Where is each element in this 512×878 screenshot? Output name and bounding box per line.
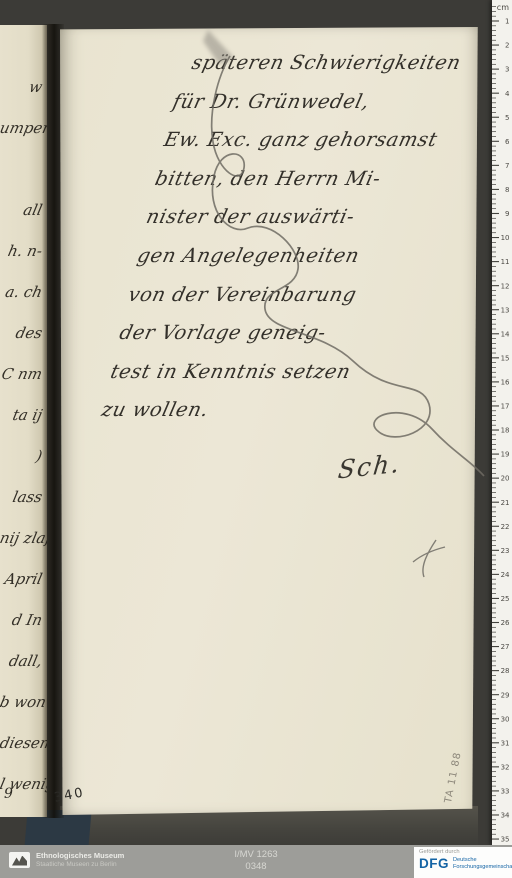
ruler-number: 21 <box>501 499 510 507</box>
left-page-text-fragment: a. ch <box>0 272 47 313</box>
ruler-number: 20 <box>501 475 510 483</box>
ruler-number: 10 <box>501 234 510 242</box>
left-page-number-fragment: 9 <box>4 786 13 802</box>
left-page-text-fragment: dall, <box>0 641 47 682</box>
ruler-number: 9 <box>505 210 509 218</box>
ruler-number: 5 <box>505 114 509 122</box>
dfg-name-line1: Deutsche <box>453 857 477 863</box>
left-page-text-fragment: b won <box>0 682 47 723</box>
scale-ruler: 1234567891011121314151617181920212223242… <box>492 0 512 845</box>
ruler-number: 33 <box>501 788 510 796</box>
ruler-ticks: 1234567891011121314151617181920212223242… <box>492 0 512 845</box>
ruler-number: 16 <box>501 379 510 387</box>
ruler-number: 13 <box>501 306 510 314</box>
ruler-number: 12 <box>501 282 510 290</box>
left-page-text-fragment: ) <box>0 436 47 477</box>
left-page-text-fragment: all <box>0 190 47 231</box>
manuscript-line: test in Kenntnis setzen <box>106 353 393 392</box>
ruler-number: 4 <box>505 90 510 98</box>
manuscript-line: zu wollen. <box>97 391 384 430</box>
ruler-number: 6 <box>505 138 510 146</box>
dfg-logo: DFG Deutsche Forschungsgemeinschaft <box>419 856 512 871</box>
left-page-text-fragment: C nm <box>0 354 47 395</box>
ruler-number: 35 <box>501 836 510 844</box>
left-page-text-fragment: h. n- <box>0 231 47 272</box>
ruler-number: 29 <box>501 691 510 699</box>
manuscript-line: der Vorlage geneig- <box>115 314 402 353</box>
left-page-text-fragment: spör- <box>0 805 47 817</box>
ruler-number: 8 <box>505 186 509 194</box>
ruler-number: 11 <box>501 258 510 266</box>
ruler-number: 31 <box>501 739 510 747</box>
left-facing-page: wumpen)allh. n-a. chdesC nmta ij)lassnij… <box>0 25 47 817</box>
manuscript-line: nister der auswärti- <box>142 198 429 237</box>
left-page-text-fragment: w <box>0 67 47 108</box>
funding-pretext: Gefördert durch <box>419 849 512 855</box>
ruler-number: 7 <box>505 162 509 170</box>
funding-block: Gefördert durch DFG Deutsche Forschungsg… <box>414 847 512 878</box>
left-page-text-fragment: nij zlaf <box>0 518 47 559</box>
left-page-text-fragment: lass <box>0 477 47 518</box>
ruler-number: 34 <box>501 812 510 820</box>
ruler-number: 25 <box>501 595 510 603</box>
dfg-name: Deutsche Forschungsgemeinschaft <box>453 857 512 869</box>
ruler-number: 28 <box>501 667 510 675</box>
dfg-acronym: DFG <box>419 856 449 871</box>
ruler-number: 27 <box>501 643 510 651</box>
manuscript-line: bitten, den Herrn Mi- <box>151 160 438 199</box>
manuscript-line: für Dr. Grünwedel, <box>169 83 456 122</box>
manuscript-line: späteren Schwierigkeiten <box>188 44 465 83</box>
ruler-number: 1 <box>505 18 509 26</box>
left-page-text-fragment: diesem <box>0 723 47 764</box>
ruler-number: 24 <box>501 571 510 579</box>
ruler-number: 18 <box>501 427 510 435</box>
ruler-number: 3 <box>505 66 509 74</box>
left-page-text-fragment: umpen) <box>0 108 47 149</box>
left-page-text-fragment: April <box>0 559 47 600</box>
left-page-fragments: wumpen)allh. n-a. chdesC nmta ij)lassnij… <box>0 25 47 817</box>
left-page-text-fragment <box>0 149 47 190</box>
dfg-name-line2: Forschungsgemeinschaft <box>453 864 512 870</box>
ruler-number: 19 <box>501 451 510 459</box>
manuscript-line: gen Angelegenheiten <box>133 237 420 276</box>
left-page-text-fragment: des <box>0 313 47 354</box>
ruler-number: 15 <box>501 354 510 362</box>
manuscript-line: von der Vereinbarung <box>124 276 411 315</box>
left-page-text-fragment: ta ij <box>0 395 47 436</box>
ruler-number: 2 <box>505 42 509 50</box>
ruler-number: 32 <box>501 763 510 771</box>
ruler-number: 22 <box>501 523 510 531</box>
ruler-unit-label: cm <box>497 3 509 12</box>
ruler-number: 17 <box>501 403 510 411</box>
viewer-footer-bar: Ethnologisches Museum Staatliche Museen … <box>0 845 512 878</box>
ruler-number: 26 <box>501 619 510 627</box>
ruler-number: 23 <box>501 547 510 555</box>
manuscript-line: Ew. Exc. ganz gehorsamst <box>160 121 447 160</box>
ruler-number: 30 <box>501 715 510 723</box>
ruler-number: 14 <box>501 330 510 338</box>
left-page-text-fragment: d In <box>0 600 47 641</box>
